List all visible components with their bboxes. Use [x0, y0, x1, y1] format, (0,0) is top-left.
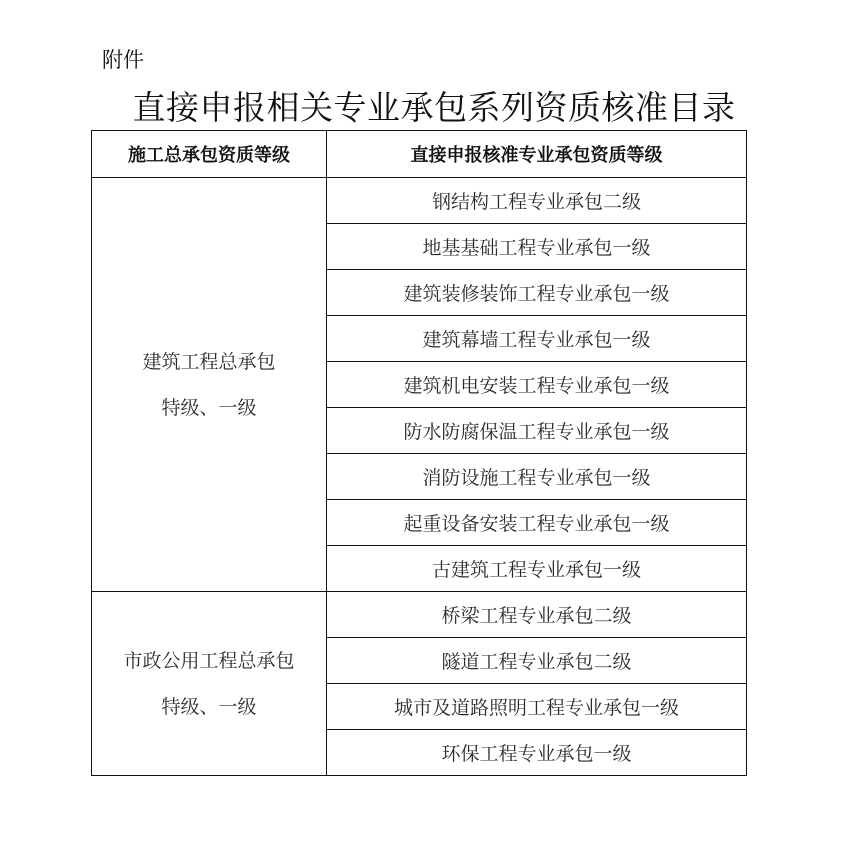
attachment-label: 附件 — [102, 46, 144, 74]
specialty-cell: 建筑机电安装工程专业承包一级 — [327, 362, 747, 408]
table-header-row: 施工总承包资质等级 直接申报核准专业承包资质等级 — [92, 131, 747, 178]
table-row: 建筑工程总承包 特级、一级 钢结构工程专业承包二级 — [92, 178, 747, 224]
general-contract-grade: 特级、一级 — [92, 684, 326, 730]
specialty-cell: 钢结构工程专业承包二级 — [327, 178, 747, 224]
general-contract-name: 市政公用工程总承包 — [92, 638, 326, 684]
specialty-cell: 隧道工程专业承包二级 — [327, 638, 747, 684]
table-row: 市政公用工程总承包 特级、一级 桥梁工程专业承包二级 — [92, 592, 747, 638]
specialty-cell: 消防设施工程专业承包一级 — [327, 454, 747, 500]
specialty-cell: 建筑装修装饰工程专业承包一级 — [327, 270, 747, 316]
specialty-cell: 桥梁工程专业承包二级 — [327, 592, 747, 638]
header-general-contract: 施工总承包资质等级 — [92, 131, 327, 178]
specialty-cell: 防水防腐保温工程专业承包一级 — [327, 408, 747, 454]
specialty-cell: 起重设备安装工程专业承包一级 — [327, 500, 747, 546]
general-contract-cell-building: 建筑工程总承包 特级、一级 — [92, 178, 327, 592]
general-contract-grade: 特级、一级 — [92, 385, 326, 431]
qualification-catalog-table: 施工总承包资质等级 直接申报核准专业承包资质等级 建筑工程总承包 特级、一级 钢… — [91, 130, 747, 776]
specialty-cell: 建筑幕墙工程专业承包一级 — [327, 316, 747, 362]
document-title: 直接申报相关专业承包系列资质核准目录 — [0, 86, 868, 130]
general-contract-name: 建筑工程总承包 — [92, 339, 326, 385]
specialty-cell: 城市及道路照明工程专业承包一级 — [327, 684, 747, 730]
specialty-cell: 古建筑工程专业承包一级 — [327, 546, 747, 592]
specialty-cell: 环保工程专业承包一级 — [327, 730, 747, 776]
general-contract-cell-municipal: 市政公用工程总承包 特级、一级 — [92, 592, 327, 776]
header-specialty-contract: 直接申报核准专业承包资质等级 — [327, 131, 747, 178]
specialty-cell: 地基基础工程专业承包一级 — [327, 224, 747, 270]
